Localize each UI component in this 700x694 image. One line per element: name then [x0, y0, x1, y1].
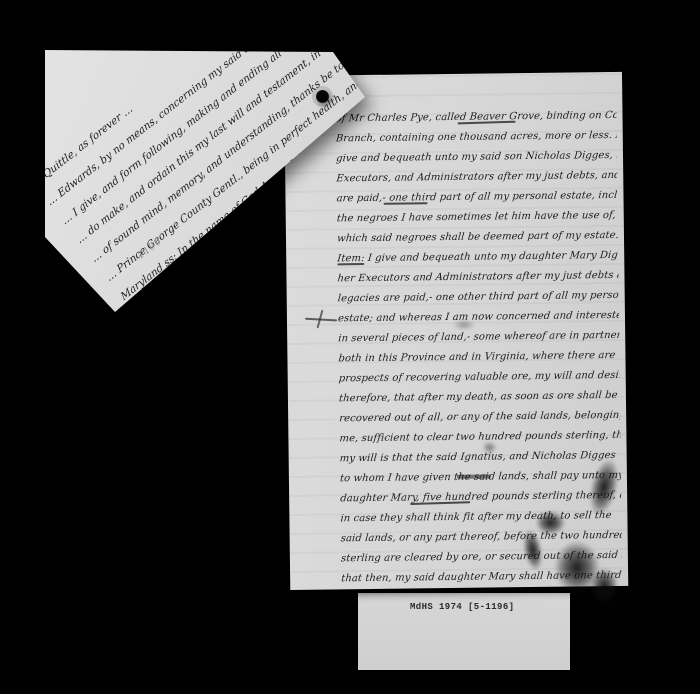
- archive-label-card: MdHS 1974 [5-1196]: [358, 593, 570, 670]
- underline-stroke: [337, 263, 364, 265]
- archive-label-text: MdHS 1974 [5-1196]: [410, 602, 514, 612]
- ink-smudge: [453, 320, 475, 330]
- manuscript-page: of Mr Charles Pye, called Beaver Grove, …: [284, 72, 628, 590]
- strikethrough-stroke: [457, 475, 491, 479]
- ink-smudge: [535, 511, 565, 535]
- ink-smudge: [482, 441, 496, 453]
- punch-hole-icon: [316, 90, 329, 103]
- ink-smudge: [590, 568, 618, 604]
- page-handwriting: of Mr Charles Pye, called Beaver Grove, …: [335, 106, 622, 589]
- margin-cross-mark: [305, 309, 339, 329]
- photo-canvas: of Mr Charles Pye, called Beaver Grove, …: [0, 0, 700, 694]
